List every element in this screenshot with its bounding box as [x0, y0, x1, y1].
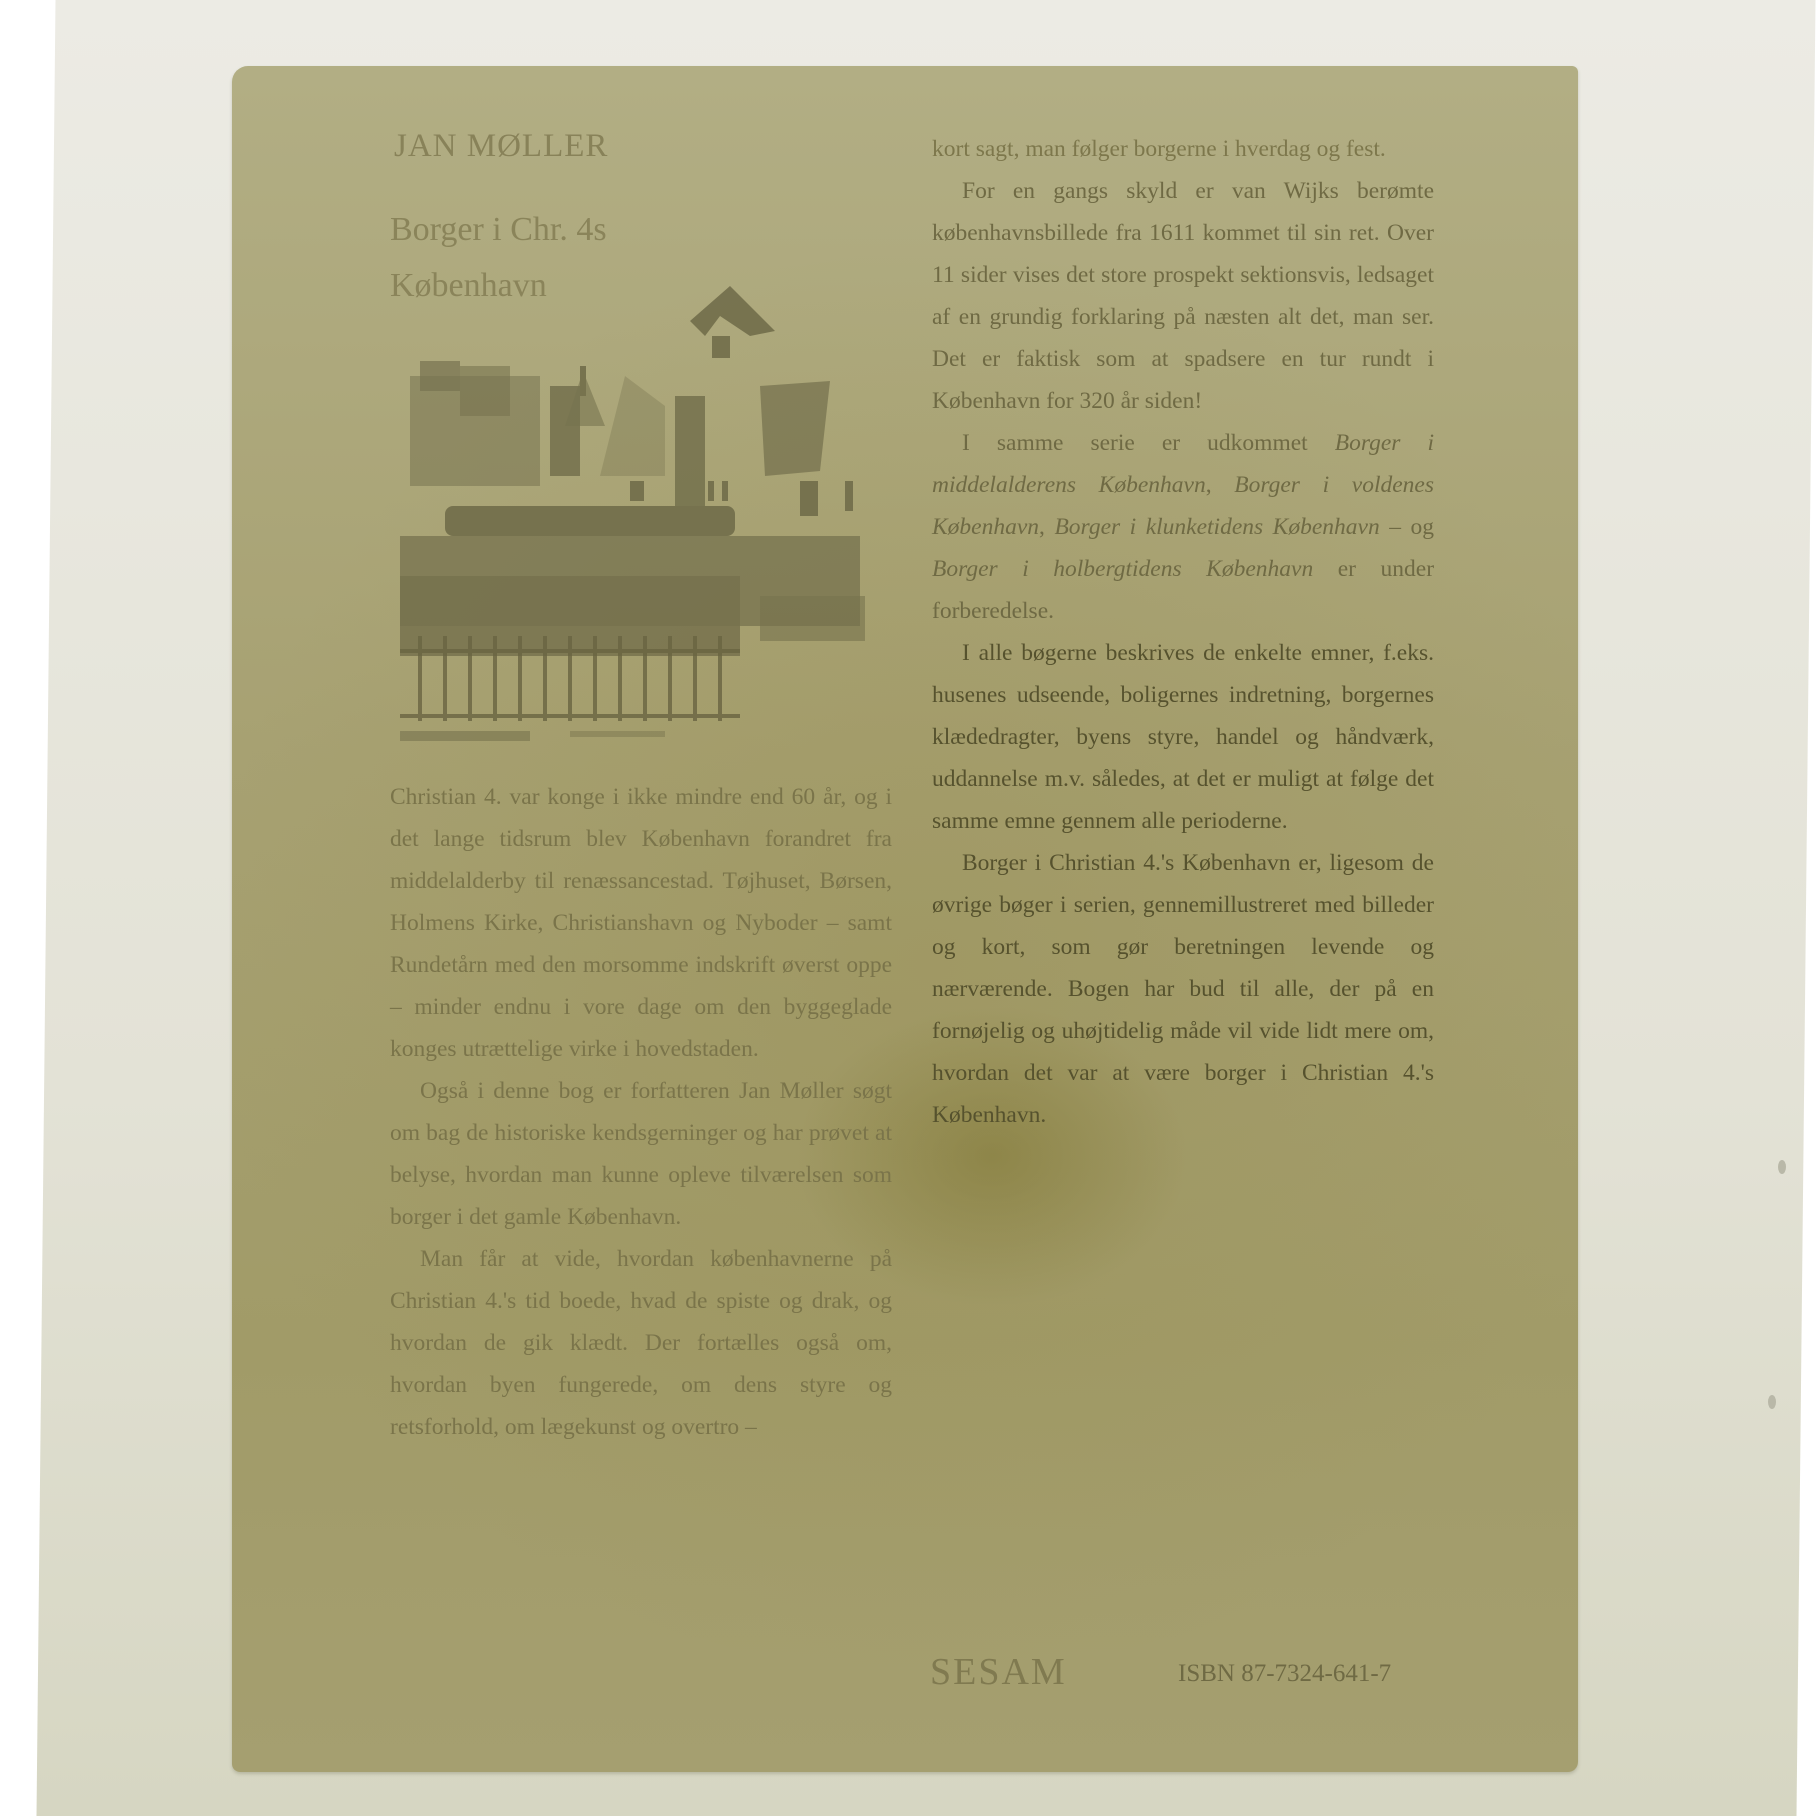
paragraph-van-wijk: For en gangs skyld er van Wijks berømte …: [932, 170, 1434, 422]
paragraph-topics: I alle bøgerne beskrives de enkelte emne…: [932, 632, 1434, 842]
series-joiner: og: [1411, 514, 1435, 540]
series-forthcoming-title: Borger i holbergtidens København: [932, 556, 1313, 582]
paragraph-intro: Christian 4. var konge i ikke mindre end…: [390, 776, 892, 1070]
right-column: kort sagt, man følger borgerne i hverdag…: [932, 128, 1434, 1136]
paragraph-daily-life: Man får at vide, hvordan københavnerne p…: [390, 1238, 892, 1448]
publisher-name: SESAM: [930, 1650, 1067, 1694]
paragraph-author-approach: Også i denne bog er forfatteren Jan Møll…: [390, 1070, 892, 1238]
paragraph-series: I samme serie er udkommet Borger i midde…: [932, 422, 1434, 632]
isbn-number: ISBN 87-7324-641-7: [1178, 1660, 1391, 1688]
paragraph-illustrated: Borger i Christian 4.'s København er, li…: [932, 842, 1434, 1136]
paragraph-continued: kort sagt, man følger borgerne i hverdag…: [932, 128, 1434, 170]
book-back-cover: JAN MØLLER Borger i Chr. 4s København: [232, 66, 1578, 1772]
left-column: Christian 4. var konge i ikke mindre end…: [390, 776, 892, 1448]
series-lead-text: I samme serie er udkommet: [962, 430, 1308, 456]
street-scene-illustration: [390, 276, 876, 746]
series-title-3: Borger i klunketidens København: [1054, 514, 1379, 540]
author-name: JAN MØLLER: [394, 128, 608, 165]
smudge-mark: [1768, 1395, 1776, 1409]
book-title-line-1: Borger i Chr. 4s: [390, 202, 607, 258]
smudge-mark: [1778, 1160, 1786, 1174]
